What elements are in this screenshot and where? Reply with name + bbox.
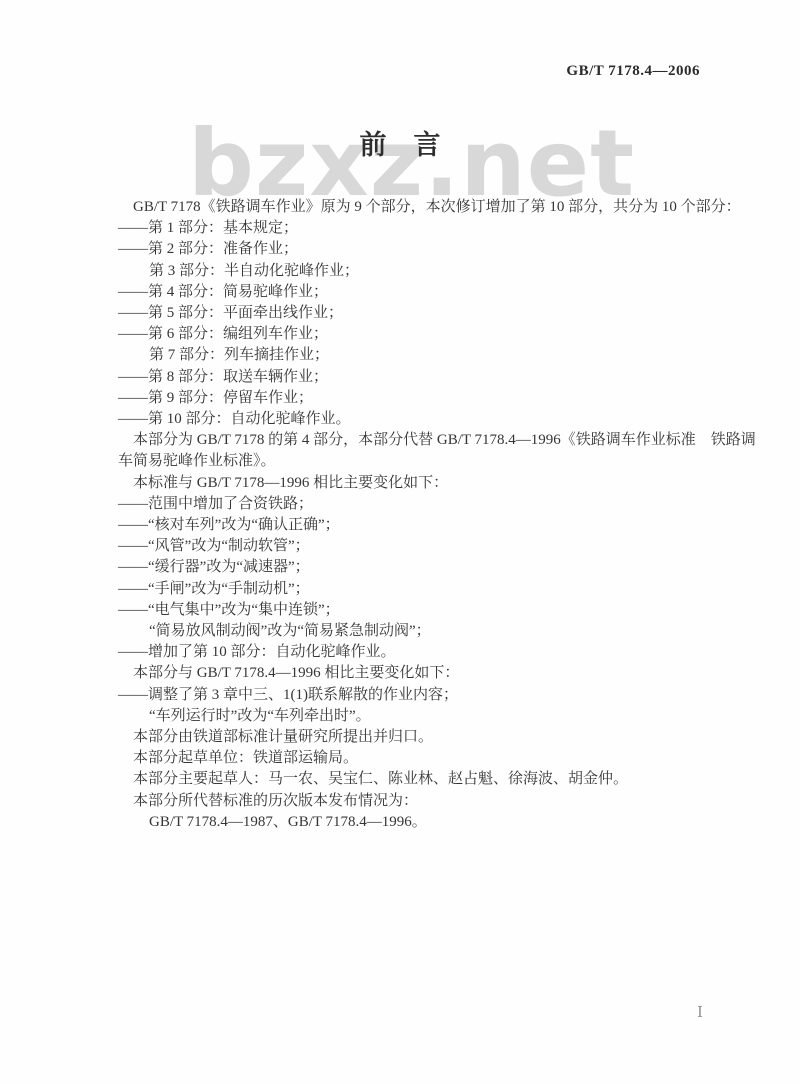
text-line: 本部分主要起草人：马一农、吴宝仁、陈业林、赵占魁、徐海波、胡金仲。 bbox=[118, 769, 708, 790]
text-line: “简易放风制动阀”改为“简易紧急制动阀”； bbox=[118, 621, 708, 642]
text-line: ——第 5 部分：平面牵出线作业； bbox=[118, 303, 708, 324]
text-line: ——增加了第 10 部分：自动化驼峰作业。 bbox=[118, 642, 708, 663]
text-line: 本部分由铁道部标准计量研究所提出并归口。 bbox=[118, 727, 708, 748]
text-line: 车简易驼峰作业标准》。 bbox=[118, 451, 708, 472]
text-line: ——第 8 部分：取送车辆作业； bbox=[118, 367, 708, 388]
text-line: 本部分与 GB/T 7178.4—1996 相比主要变化如下： bbox=[118, 663, 708, 684]
text-line: ——第 10 部分：自动化驼峰作业。 bbox=[118, 409, 708, 430]
text-line: ——“缓行器”改为“减速器”； bbox=[118, 557, 708, 578]
scanned-document-page: bzxz.net GB/T 7178.4—2006 前 言 GB/T 7178《… bbox=[0, 0, 800, 1084]
text-line: GB/T 7178《铁路调车作业》原为 9 个部分，本次修订增加了第 10 部分… bbox=[118, 197, 708, 218]
text-line: ——“核对车列”改为“确认正确”； bbox=[118, 515, 708, 536]
text-line: 本部分起草单位：铁道部运输局。 bbox=[118, 748, 708, 769]
page-number: Ⅰ bbox=[697, 1003, 703, 1022]
text-line: GB/T 7178.4—1987、GB/T 7178.4—1996。 bbox=[118, 812, 708, 833]
text-line: ——第 2 部分：准备作业； bbox=[118, 239, 708, 260]
text-line: ——“风管”改为“制动软管”； bbox=[118, 536, 708, 557]
text-line: “车列运行时”改为“车列牵出时”。 bbox=[118, 706, 708, 727]
text-line: 第 3 部分：半自动化驼峰作业； bbox=[118, 261, 708, 282]
text-line: 第 7 部分：列车摘挂作业； bbox=[118, 345, 708, 366]
text-line: ——“手闸”改为“手制动机”； bbox=[118, 579, 708, 600]
text-line: ——第 4 部分：简易驼峰作业； bbox=[118, 282, 708, 303]
page-title-foreword: 前 言 bbox=[0, 123, 800, 162]
text-line: ——调整了第 3 章中三、1(1)联系解散的作业内容； bbox=[118, 685, 708, 706]
standard-code-header: GB/T 7178.4—2006 bbox=[566, 63, 700, 80]
foreword-body: GB/T 7178《铁路调车作业》原为 9 个部分，本次修订增加了第 10 部分… bbox=[118, 197, 708, 833]
text-line: ——“电气集中”改为“集中连锁”； bbox=[118, 600, 708, 621]
text-line: ——第 6 部分：编组列车作业； bbox=[118, 324, 708, 345]
text-line: 本部分为 GB/T 7178 的第 4 部分，本部分代替 GB/T 7178.4… bbox=[118, 430, 708, 451]
text-line: ——范围中增加了合资铁路； bbox=[118, 494, 708, 515]
text-line: ——第 1 部分：基本规定； bbox=[118, 218, 708, 239]
text-line: 本标准与 GB/T 7178—1996 相比主要变化如下： bbox=[118, 473, 708, 494]
text-line: 本部分所代替标准的历次版本发布情况为： bbox=[118, 791, 708, 812]
text-line: ——第 9 部分：停留车作业； bbox=[118, 388, 708, 409]
